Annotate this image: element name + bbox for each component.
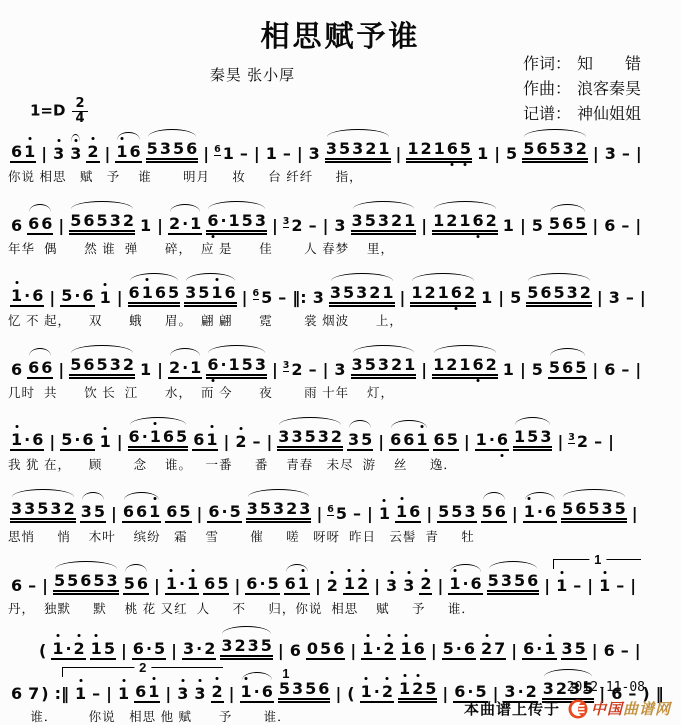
- credits-block: 作词： 知 错 作曲： 浪客秦昊 记谱： 神仙姐姐: [523, 52, 641, 127]
- note-group: 56532: [69, 211, 135, 235]
- note: 2: [290, 216, 303, 235]
- barline: |: [323, 360, 329, 379]
- note: 3: [106, 571, 119, 590]
- note: 3: [182, 639, 195, 658]
- note: ·: [141, 427, 149, 446]
- note: 5: [364, 211, 377, 230]
- note: 2: [168, 214, 181, 233]
- note-group: 1·2: [360, 682, 394, 703]
- note: 1: [398, 679, 411, 698]
- note: ·: [23, 430, 31, 449]
- note: 5: [197, 283, 210, 302]
- note: 5: [505, 144, 518, 163]
- note: ·: [181, 214, 189, 233]
- note: 1: [23, 142, 36, 161]
- punctuation: –: [621, 641, 629, 660]
- note: 5: [342, 283, 355, 302]
- music-line: 6–|5565356|1·165|6·561|212|332|1·65356|1…: [8, 558, 677, 617]
- note: 1: [406, 139, 419, 158]
- barline: |: [437, 576, 443, 595]
- barline: |: [157, 216, 163, 235]
- note: 6: [603, 360, 616, 379]
- music-line: 61|332|165356|61–|1–|335321|121651|55653…: [8, 126, 677, 185]
- note-group: 35321: [351, 211, 417, 235]
- barline: |: [254, 144, 260, 163]
- note: ·: [73, 286, 81, 305]
- note: 1: [476, 144, 489, 163]
- note: 3: [600, 499, 613, 518]
- punctuation: –: [278, 288, 286, 307]
- note: 6: [402, 430, 415, 449]
- note: 1: [400, 639, 413, 658]
- note-group: 12162: [432, 211, 498, 235]
- note-group: 1: [74, 684, 87, 703]
- note: ·: [181, 358, 189, 377]
- note: 6: [31, 430, 44, 449]
- volta-number: 1: [282, 666, 289, 681]
- note: 2: [445, 211, 458, 230]
- note: 1: [432, 211, 445, 230]
- barline: |: [378, 432, 384, 451]
- note: 5: [167, 283, 180, 302]
- note-group: 7): [27, 684, 49, 703]
- note-group: 5: [531, 216, 544, 235]
- note: 6: [81, 430, 94, 449]
- note-group: 65: [165, 502, 191, 523]
- note: 2: [445, 355, 458, 374]
- note: 1: [139, 360, 152, 379]
- note: 6: [10, 360, 23, 379]
- note: 6: [224, 283, 237, 302]
- key-signature: 1=D24: [30, 97, 88, 125]
- note: 5: [96, 211, 109, 230]
- note: 5: [92, 571, 105, 590]
- punctuation: –: [309, 360, 317, 379]
- punctuation: –: [622, 144, 630, 163]
- note: 5: [437, 502, 450, 521]
- barline: |: [494, 144, 500, 163]
- note-group: 3: [312, 288, 325, 307]
- note: 3: [347, 430, 360, 449]
- note: ·: [73, 430, 81, 449]
- note: 6: [154, 283, 167, 302]
- note: 1: [228, 211, 241, 230]
- note: 1: [598, 576, 611, 595]
- note: 5: [278, 679, 291, 698]
- note: 6: [526, 571, 539, 590]
- note-group: 65: [433, 430, 459, 451]
- credit-label: 记谱：: [523, 102, 571, 127]
- note: 3: [561, 639, 574, 658]
- note: 3: [385, 576, 398, 595]
- barline: |: [171, 641, 177, 660]
- note: 3: [355, 283, 368, 302]
- note-group: 1·1: [165, 574, 199, 595]
- barline: |: [316, 504, 322, 523]
- lyrics-row: 丹， 独默 默 桃 花 又红 人 不 归，你说 相思 赋 予 谁．: [8, 599, 677, 617]
- note: 2: [579, 283, 592, 302]
- time-signature: 24: [72, 97, 87, 125]
- note-group: 66: [27, 214, 53, 235]
- note: 3: [80, 502, 93, 521]
- site-logo-icon: [568, 699, 588, 719]
- note-group: 1: [117, 684, 130, 703]
- note: 6: [207, 502, 220, 521]
- notation-row: 666|565321|2·16·153|32–|335321|121621|55…: [8, 198, 677, 235]
- barline: |: [49, 432, 55, 451]
- note: 3: [246, 499, 259, 518]
- note: 3: [176, 684, 189, 703]
- barline: |: [229, 684, 235, 703]
- punctuation: –: [621, 360, 629, 379]
- note-group: 5: [509, 288, 522, 307]
- note-group: 35323: [246, 499, 312, 523]
- note-group: 56: [481, 502, 507, 523]
- note-group: 66: [27, 358, 53, 379]
- note: 5: [587, 499, 600, 518]
- note: 6: [128, 283, 141, 302]
- barline: |: [335, 684, 341, 703]
- note: 1: [458, 355, 471, 374]
- note: 5: [509, 288, 522, 307]
- barline: |: [442, 684, 448, 703]
- barline: |: [520, 216, 526, 235]
- lyrics-row: 我 犹 在， 顾 念 谁。 一番 番 青春 未尽 游 丝 逸．: [8, 455, 677, 473]
- credit-composer: 作曲： 浪客秦昊: [523, 77, 641, 102]
- note: 3: [220, 636, 233, 655]
- note: 5: [360, 430, 373, 449]
- note: 6: [413, 639, 426, 658]
- note: 5: [513, 571, 526, 590]
- note: 1: [115, 142, 128, 161]
- note: 6: [535, 139, 548, 158]
- note-group: 3·2: [182, 639, 216, 660]
- note: 1: [74, 684, 87, 703]
- note: ·: [221, 502, 229, 521]
- note: 1: [378, 504, 391, 523]
- note-group: 2·1: [168, 214, 202, 235]
- note: 1: [555, 576, 568, 595]
- upload-date: 2012-11-08: [567, 680, 645, 695]
- note: 1: [139, 216, 152, 235]
- note: 2: [234, 432, 247, 451]
- note: ·: [535, 639, 543, 658]
- lyrics-row: 你说 相思 赋 予 谁 明月 妆 台 纤纤 指，: [8, 167, 677, 185]
- note: 2: [122, 211, 135, 230]
- barline: |: [49, 288, 55, 307]
- music-line: 666|565321|2·16·153|32–|335321|121621|55…: [8, 198, 677, 257]
- note-group: 12162: [432, 355, 498, 379]
- music-line: (1·215|6·5|3·23235|6056|1·216|5·627|6·13…: [8, 623, 677, 660]
- note: 3: [23, 499, 36, 518]
- note: 6: [450, 283, 463, 302]
- note: 3: [254, 355, 267, 374]
- note: 6: [245, 574, 258, 593]
- barline: |: [635, 641, 641, 660]
- note: 5: [574, 214, 587, 233]
- note: 6: [472, 211, 485, 230]
- note: 3: [402, 576, 415, 595]
- note: ·: [219, 211, 227, 230]
- music-line: 3353235|66165|6·535323|65–|116|55356|1·6…: [8, 486, 677, 545]
- note: ·: [455, 639, 463, 658]
- note: 6: [522, 639, 535, 658]
- note: 5: [548, 214, 561, 233]
- note-group: 12: [343, 574, 369, 595]
- note-group: 1: [265, 144, 278, 163]
- note: 5: [259, 499, 272, 518]
- note: 3: [351, 139, 364, 158]
- punctuation: –: [252, 432, 260, 451]
- note: 7: [493, 639, 506, 658]
- barline: |: [520, 360, 526, 379]
- volta-bracket: 1: [553, 559, 641, 569]
- note: 6: [132, 639, 145, 658]
- barline: |: [592, 641, 598, 660]
- punctuation: –: [616, 576, 624, 595]
- barline: |: [105, 144, 111, 163]
- note: 5: [241, 211, 254, 230]
- note-group: 3: [385, 576, 398, 595]
- barline: |: [350, 641, 356, 660]
- note: 2: [168, 358, 181, 377]
- note: 6: [162, 427, 175, 446]
- note: 3: [500, 571, 513, 590]
- note-group: 125: [398, 679, 437, 703]
- barline: |: [106, 684, 112, 703]
- note: 5: [552, 283, 565, 302]
- note: 1: [523, 502, 536, 521]
- note-group: 35321: [325, 139, 391, 163]
- note: 5: [229, 502, 242, 521]
- barline: |: [197, 504, 203, 523]
- note: 6: [332, 639, 345, 658]
- note-group: 661: [122, 502, 161, 523]
- note-group: 35: [347, 430, 373, 451]
- note: 1: [147, 682, 160, 701]
- barline: |: [396, 144, 402, 163]
- punctuation: –: [28, 576, 36, 595]
- note: 6: [408, 502, 421, 521]
- note: 6: [574, 499, 587, 518]
- punctuation: –: [309, 216, 317, 235]
- credit-value: 知 错: [577, 52, 641, 77]
- note: 2: [63, 499, 76, 518]
- note: ·: [178, 574, 186, 593]
- barline: |: [42, 576, 48, 595]
- note: 6: [544, 502, 557, 521]
- note: 6: [128, 427, 141, 446]
- note-group: 2: [86, 142, 99, 163]
- note: 6: [185, 139, 198, 158]
- note-group: 6·153: [206, 355, 267, 379]
- barline: |: [421, 216, 427, 235]
- note-group: 1: [598, 576, 611, 595]
- note: 6: [289, 641, 302, 660]
- barline: |: [511, 641, 517, 660]
- note-group: 6·5: [207, 502, 241, 523]
- note: 5: [172, 139, 185, 158]
- note: 1: [395, 502, 408, 521]
- site-name-cn: 中国: [591, 698, 623, 719]
- note-group: 3: [308, 144, 321, 163]
- note: 5: [548, 139, 561, 158]
- note-group: 32: [283, 360, 304, 379]
- note: 3: [69, 144, 82, 163]
- note-group: 1·2: [51, 639, 85, 660]
- note: 3: [377, 211, 390, 230]
- note: 6: [203, 574, 216, 593]
- note-group: 65: [253, 288, 274, 307]
- notation-row: 3353235|66165|6·535323|65–|116|55356|1·6…: [8, 486, 677, 523]
- barline: |: [636, 144, 642, 163]
- barline: |: [587, 576, 593, 595]
- note: 3: [312, 288, 325, 307]
- note-group: 3: [333, 360, 346, 379]
- punctuation: –: [353, 504, 361, 523]
- note: 6: [10, 142, 23, 161]
- note: 3: [184, 283, 197, 302]
- barline: |: [272, 360, 278, 379]
- note-group: 56535: [561, 499, 627, 523]
- barline: |: [557, 432, 563, 451]
- note-group: 6: [603, 360, 616, 379]
- note: 3: [159, 139, 172, 158]
- credit-transcriber: 记谱： 神仙姐姐: [523, 102, 641, 127]
- note: 6: [82, 355, 95, 374]
- volta-bracket: 2: [62, 667, 224, 677]
- barline: |: [544, 576, 550, 595]
- note: 6: [31, 286, 44, 305]
- note: 6: [603, 216, 616, 235]
- note: 1: [360, 682, 373, 701]
- note-group: 12162: [410, 283, 476, 307]
- note: 2: [382, 639, 395, 658]
- barline: |: [154, 576, 160, 595]
- note: 5: [53, 571, 66, 590]
- note-group: 6165: [128, 283, 181, 307]
- note: 6: [135, 502, 148, 521]
- note: 5: [561, 499, 574, 518]
- note: 6: [129, 142, 142, 161]
- note: 2: [390, 211, 403, 230]
- note: 1: [475, 430, 488, 449]
- note: 6: [603, 641, 616, 660]
- note: 3: [272, 499, 285, 518]
- grace-note: 3: [283, 360, 290, 372]
- note: 2: [463, 283, 476, 302]
- note: 3: [193, 684, 206, 703]
- note: 3: [10, 499, 23, 518]
- note: 5: [614, 499, 627, 518]
- note: 6: [82, 211, 95, 230]
- note-group: 56: [123, 574, 149, 595]
- note-group: 56532: [526, 283, 592, 307]
- note: 3: [566, 283, 579, 302]
- note: 1: [433, 139, 446, 158]
- music-line: 1·6|5·61|61653516|65–‖:335321|121621|556…: [8, 270, 677, 329]
- note: 1: [432, 355, 445, 374]
- note: 3: [291, 679, 304, 698]
- note-group: 3: [52, 144, 65, 163]
- note: 5: [487, 571, 500, 590]
- note: 1: [437, 283, 450, 302]
- note-group: 6: [289, 641, 302, 660]
- note: 1: [210, 283, 223, 302]
- note: ·: [64, 639, 72, 658]
- note: 5: [304, 427, 317, 446]
- note-group: 61: [192, 430, 218, 451]
- barline: |: [157, 360, 163, 379]
- note: 6: [10, 684, 23, 703]
- note-group: 27: [480, 639, 506, 660]
- punctuation: –: [283, 144, 291, 163]
- note-group: 5: [505, 144, 518, 163]
- note: 3: [308, 144, 321, 163]
- note: 6: [165, 502, 178, 521]
- note: 3: [298, 499, 311, 518]
- note-group: 15: [90, 639, 116, 660]
- note: 2: [485, 211, 498, 230]
- note: 3: [109, 355, 122, 374]
- note: 1: [99, 288, 112, 307]
- note: 5: [574, 358, 587, 377]
- barline: |: [58, 216, 64, 235]
- note-group: 1·6: [523, 502, 557, 523]
- site-name-rest: 曲谱网: [623, 698, 671, 719]
- note: 6: [81, 286, 94, 305]
- barline: |: [203, 144, 209, 163]
- note: 5: [216, 574, 229, 593]
- note: 3: [463, 502, 476, 521]
- lyrics-row: 几时 共 饮 长 江 水， 而 今 夜 雨 十年 灯，: [8, 383, 677, 401]
- note-group: 1: [502, 360, 515, 379]
- note: 1: [513, 427, 526, 446]
- note: 1: [361, 639, 374, 658]
- note: 1: [117, 684, 130, 703]
- note: 5: [459, 139, 472, 158]
- note: 5: [526, 283, 539, 302]
- note: 3: [562, 139, 575, 158]
- note: 1: [205, 430, 218, 449]
- note-group: 3: [402, 576, 415, 595]
- note: 2: [480, 639, 493, 658]
- volta-label: 2: [134, 660, 151, 675]
- barline: |: [323, 216, 329, 235]
- note-group: 1: [502, 216, 515, 235]
- note: 6: [496, 430, 509, 449]
- note: 2: [575, 139, 588, 158]
- note: 5: [319, 639, 332, 658]
- note: 5: [531, 216, 544, 235]
- note-group: 3: [176, 684, 189, 703]
- note: 6: [317, 679, 330, 698]
- barline: |: [592, 360, 598, 379]
- note: 1: [415, 430, 428, 449]
- note-group: 153: [513, 427, 552, 451]
- note: ·: [536, 502, 544, 521]
- lyrics-row: 忆 不 起， 双 蛾 眉。 翩 翩 霓 裳 烟波 上，: [8, 311, 677, 329]
- note: 1: [228, 355, 241, 374]
- note: 5: [450, 502, 463, 521]
- note: 2: [86, 142, 99, 161]
- note: ·: [253, 682, 261, 701]
- note: 6: [27, 214, 40, 233]
- barline: ‖:: [292, 288, 306, 307]
- note: 1: [458, 211, 471, 230]
- barline: |: [121, 641, 127, 660]
- note: 3: [351, 355, 364, 374]
